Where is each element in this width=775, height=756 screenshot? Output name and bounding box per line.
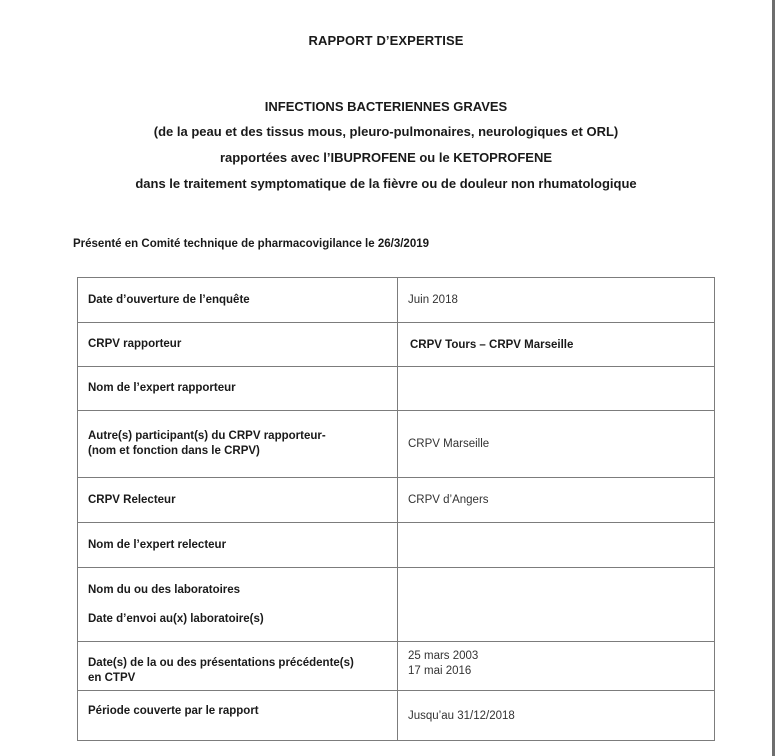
subject-line-2: (de la peau et des tissus mous, pleuro-p…	[0, 119, 772, 145]
row-value: CRPV d’Angers	[398, 478, 715, 523]
value-text: CRPV Tours – CRPV Marseille	[410, 339, 573, 351]
report-info-table: Date d’ouverture de l’enquête Juin 2018 …	[77, 277, 715, 741]
label-text: (nom et fonction dans le CRPV)	[88, 444, 387, 459]
presented-date-line: Présenté en Comité technique de pharmaco…	[73, 238, 429, 250]
value-text: 25 mars 2003	[408, 649, 704, 664]
label-text: Autre(s) participant(s) du CRPV rapporte…	[88, 429, 387, 444]
subject-line-1: INFECTIONS BACTERIENNES GRAVES	[0, 95, 772, 119]
report-title: RAPPORT D’EXPERTISE	[0, 33, 772, 48]
table-row: Date(s) de la ou des présentations précé…	[78, 642, 715, 691]
table-row: Nom de l’expert rapporteur	[78, 367, 715, 411]
row-value: CRPV Tours – CRPV Marseille	[398, 323, 715, 367]
row-label: Date(s) de la ou des présentations précé…	[78, 642, 398, 691]
row-value: CRPV Marseille	[398, 411, 715, 478]
row-value: Juin 2018	[398, 278, 715, 323]
table-row: Nom du ou des laboratoires Date d’envoi …	[78, 568, 715, 642]
label-text: Nom du ou des laboratoires	[88, 583, 387, 598]
label-text: Nom de l’expert rapporteur	[88, 382, 236, 394]
row-label: CRPV rapporteur	[78, 323, 398, 367]
row-label: CRPV Relecteur	[78, 478, 398, 523]
table-row: CRPV Relecteur CRPV d’Angers	[78, 478, 715, 523]
label-text: Nom de l’expert relecteur	[88, 539, 226, 551]
label-text: en CTPV	[88, 671, 387, 686]
document-page: RAPPORT D’EXPERTISE INFECTIONS BACTERIEN…	[0, 0, 772, 756]
report-subject: INFECTIONS BACTERIENNES GRAVES (de la pe…	[0, 95, 772, 197]
table-row: Nom de l’expert relecteur	[78, 523, 715, 568]
row-value	[398, 367, 715, 411]
table-row: Période couverte par le rapport Jusqu’au…	[78, 691, 715, 741]
value-text: CRPV Marseille	[408, 438, 489, 450]
row-value: 25 mars 2003 17 mai 2016	[398, 642, 715, 691]
table-row: CRPV rapporteur CRPV Tours – CRPV Marsei…	[78, 323, 715, 367]
row-label: Nom de l’expert rapporteur	[78, 367, 398, 411]
row-label: Nom du ou des laboratoires Date d’envoi …	[78, 568, 398, 642]
label-text: Date(s) de la ou des présentations précé…	[88, 656, 387, 671]
table-row: Date d’ouverture de l’enquête Juin 2018	[78, 278, 715, 323]
subject-line-3: rapportées avec l’IBUPROFENE ou le KETOP…	[0, 145, 772, 171]
value-text: CRPV d’Angers	[408, 494, 489, 506]
label-text: Date d’envoi au(x) laboratoire(s)	[88, 612, 387, 627]
row-value	[398, 523, 715, 568]
row-label: Autre(s) participant(s) du CRPV rapporte…	[78, 411, 398, 478]
value-text: Juin 2018	[408, 294, 458, 306]
label-text: CRPV Relecteur	[88, 494, 176, 506]
label-text: Période couverte par le rapport	[88, 705, 259, 717]
label-text: CRPV rapporteur	[88, 338, 181, 350]
value-text: 17 mai 2016	[408, 664, 704, 679]
row-label: Période couverte par le rapport	[78, 691, 398, 741]
row-value: Jusqu’au 31/12/2018	[398, 691, 715, 741]
row-value	[398, 568, 715, 642]
subject-line-4: dans le traitement symptomatique de la f…	[0, 171, 772, 197]
row-label: Nom de l’expert relecteur	[78, 523, 398, 568]
table-row: Autre(s) participant(s) du CRPV rapporte…	[78, 411, 715, 478]
value-text: Jusqu’au 31/12/2018	[408, 710, 515, 722]
row-label: Date d’ouverture de l’enquête	[78, 278, 398, 323]
label-text: Date d’ouverture de l’enquête	[88, 294, 250, 306]
